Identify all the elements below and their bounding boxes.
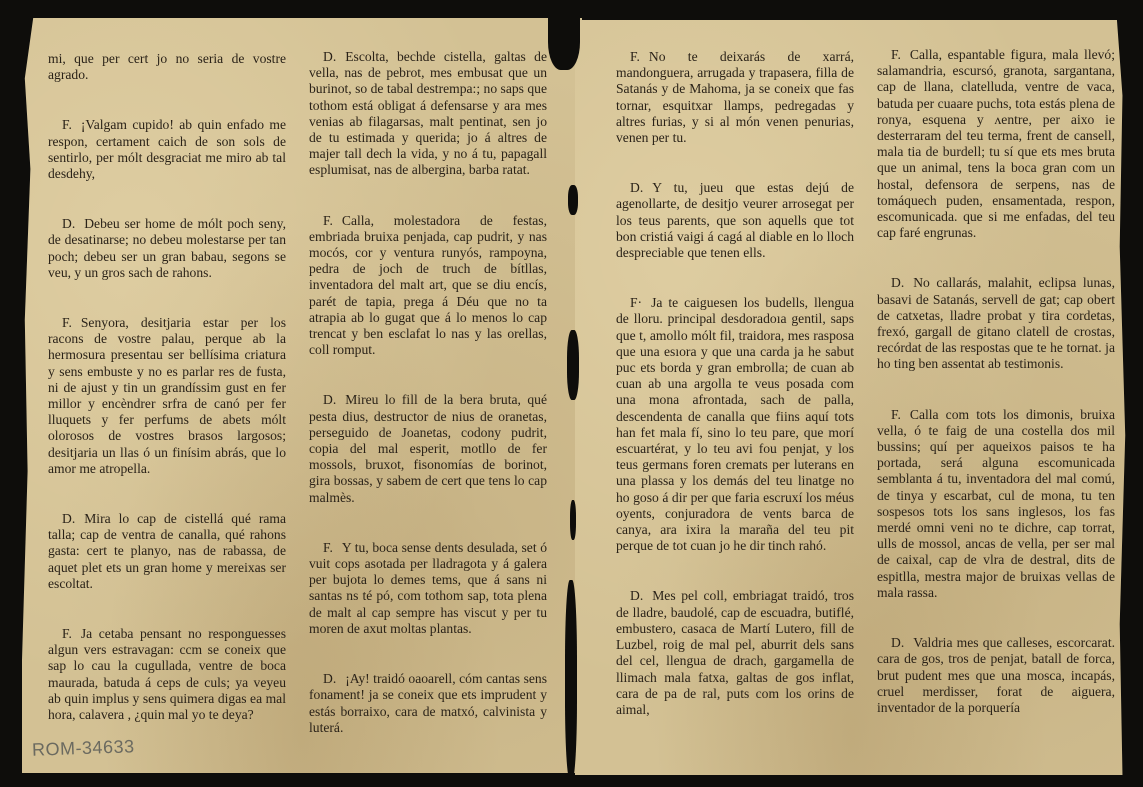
dialogue-text: Calla com tots los dimonis, bruixa vella… bbox=[877, 407, 1115, 600]
archive-stamp: ROM-34633 bbox=[32, 736, 135, 761]
dialogue-text: Calla, molestadora de festas, embriada b… bbox=[309, 213, 547, 358]
speaker-label: D. bbox=[323, 49, 336, 64]
dialogue-paragraph: F.Ja cetaba pensant no responguesses alg… bbox=[48, 626, 286, 723]
dialogue-text: ¡Valgam cupido! ab quin enfado me respon… bbox=[48, 117, 286, 181]
dialogue-text: ¡Ay! traidó oaoarell, cóm cantas sens fo… bbox=[309, 671, 547, 735]
speaker-label: F. bbox=[323, 213, 333, 228]
dialogue-paragraph: F.¡Valgam cupido! ab quin enfado me resp… bbox=[48, 117, 286, 182]
dialogue-paragraph: D.Y tu, jueu que estas dejú de agenollar… bbox=[616, 180, 854, 261]
speaker-label: D. bbox=[630, 180, 643, 195]
dialogue-text: No te deixarás de xarrá, mandonguera, ar… bbox=[616, 49, 854, 145]
dialogue-paragraph: F.Y tu, boca sense dents desulada, set ó… bbox=[309, 540, 547, 637]
dialogue-paragraph: D.Mira lo cap de cistellá qué rama talla… bbox=[48, 511, 286, 592]
dialogue-text: Mes pel coll, embriagat traidó, tros de … bbox=[616, 588, 854, 716]
dialogue-paragraph: F.Calla, molestadora de festas, embriada… bbox=[309, 213, 547, 359]
dialogue-paragraph: D.Debeu ser home de mólt poch seny, de d… bbox=[48, 216, 286, 281]
text-column-2: D.Escolta, bechde cistella, galtas de ve… bbox=[309, 49, 547, 770]
speaker-label: D. bbox=[62, 511, 75, 526]
speaker-label: F. bbox=[891, 47, 901, 62]
speaker-label: F. bbox=[323, 540, 333, 555]
speaker-label: F· bbox=[630, 295, 642, 310]
dialogue-paragraph: F.Calla, espantable figura, mala llevó; … bbox=[877, 47, 1115, 241]
speaker-label: F. bbox=[62, 315, 72, 330]
text-column-3: F.No te deixarás de xarrá, mandonguera, … bbox=[616, 49, 854, 752]
dialogue-text: Calla, espantable figura, mala llevó; sa… bbox=[877, 47, 1115, 240]
dialogue-paragraph: D.No callarás, malahit, eclipsa lunas, b… bbox=[877, 275, 1115, 372]
speaker-label: D. bbox=[891, 635, 904, 650]
dialogue-text: Mireu lo fill de la bera bruta, qué pest… bbox=[309, 392, 547, 504]
speaker-label: D. bbox=[62, 216, 75, 231]
dialogue-text: Y tu, boca sense dents desulada, set ó v… bbox=[309, 540, 547, 636]
speaker-label: D. bbox=[630, 588, 643, 603]
dialogue-text: mi, que per cert jo no seria de vostre a… bbox=[48, 51, 286, 82]
dialogue-paragraph: F.Senyora, desitjaria estar per los raco… bbox=[48, 315, 286, 477]
dialogue-paragraph: mi, que per cert jo no seria de vostre a… bbox=[48, 51, 286, 83]
dialogue-paragraph: D.Mes pel coll, embriagat traidó, tros d… bbox=[616, 588, 854, 718]
speaker-label: F. bbox=[891, 407, 901, 422]
speaker-label: D. bbox=[323, 671, 336, 686]
dialogue-paragraph: D.Valdria mes que calleses, escorcarat. … bbox=[877, 635, 1115, 716]
dialogue-paragraph: D.¡Ay! traidó oaoarell, cóm cantas sens … bbox=[309, 671, 547, 736]
dialogue-paragraph: D.Escolta, bechde cistella, galtas de ve… bbox=[309, 49, 547, 179]
speaker-label: D. bbox=[891, 275, 904, 290]
dialogue-paragraph: F·Ja te caiguesen los budells, llengua d… bbox=[616, 295, 854, 554]
dialogue-text: Mira lo cap de cistellá qué rama talla; … bbox=[48, 511, 286, 591]
dialogue-paragraph: D.Mireu lo fill de la bera bruta, qué pe… bbox=[309, 392, 547, 505]
text-column-4: F.Calla, espantable figura, mala llevó; … bbox=[877, 47, 1115, 750]
dialogue-text: Escolta, bechde cistella, galtas de vell… bbox=[309, 49, 547, 177]
dialogue-text: No callarás, malahit, eclipsa lunas, bas… bbox=[877, 275, 1115, 371]
dialogue-text: Debeu ser home de mólt poch seny, de des… bbox=[48, 216, 286, 280]
dialogue-text: Ja te caiguesen los budells, llengua de … bbox=[616, 295, 854, 553]
dialogue-paragraph: F.No te deixarás de xarrá, mandonguera, … bbox=[616, 49, 854, 146]
speaker-label: F. bbox=[62, 626, 72, 641]
dialogue-text: Senyora, desitjaria estar per los racons… bbox=[48, 315, 286, 476]
speaker-label: F. bbox=[62, 117, 72, 132]
speaker-label: F. bbox=[630, 49, 640, 64]
dialogue-text: Valdria mes que calleses, escorcarat. ca… bbox=[877, 635, 1115, 715]
dialogue-text: Ja cetaba pensant no responguesses algun… bbox=[48, 626, 286, 722]
dialogue-text: Y tu, jueu que estas dejú de agenollarte… bbox=[616, 180, 854, 260]
speaker-label: D. bbox=[323, 392, 336, 407]
text-column-1: mi, que per cert jo no seria de vostre a… bbox=[48, 51, 286, 757]
dialogue-paragraph: F.Calla com tots los dimonis, bruixa vel… bbox=[877, 407, 1115, 601]
